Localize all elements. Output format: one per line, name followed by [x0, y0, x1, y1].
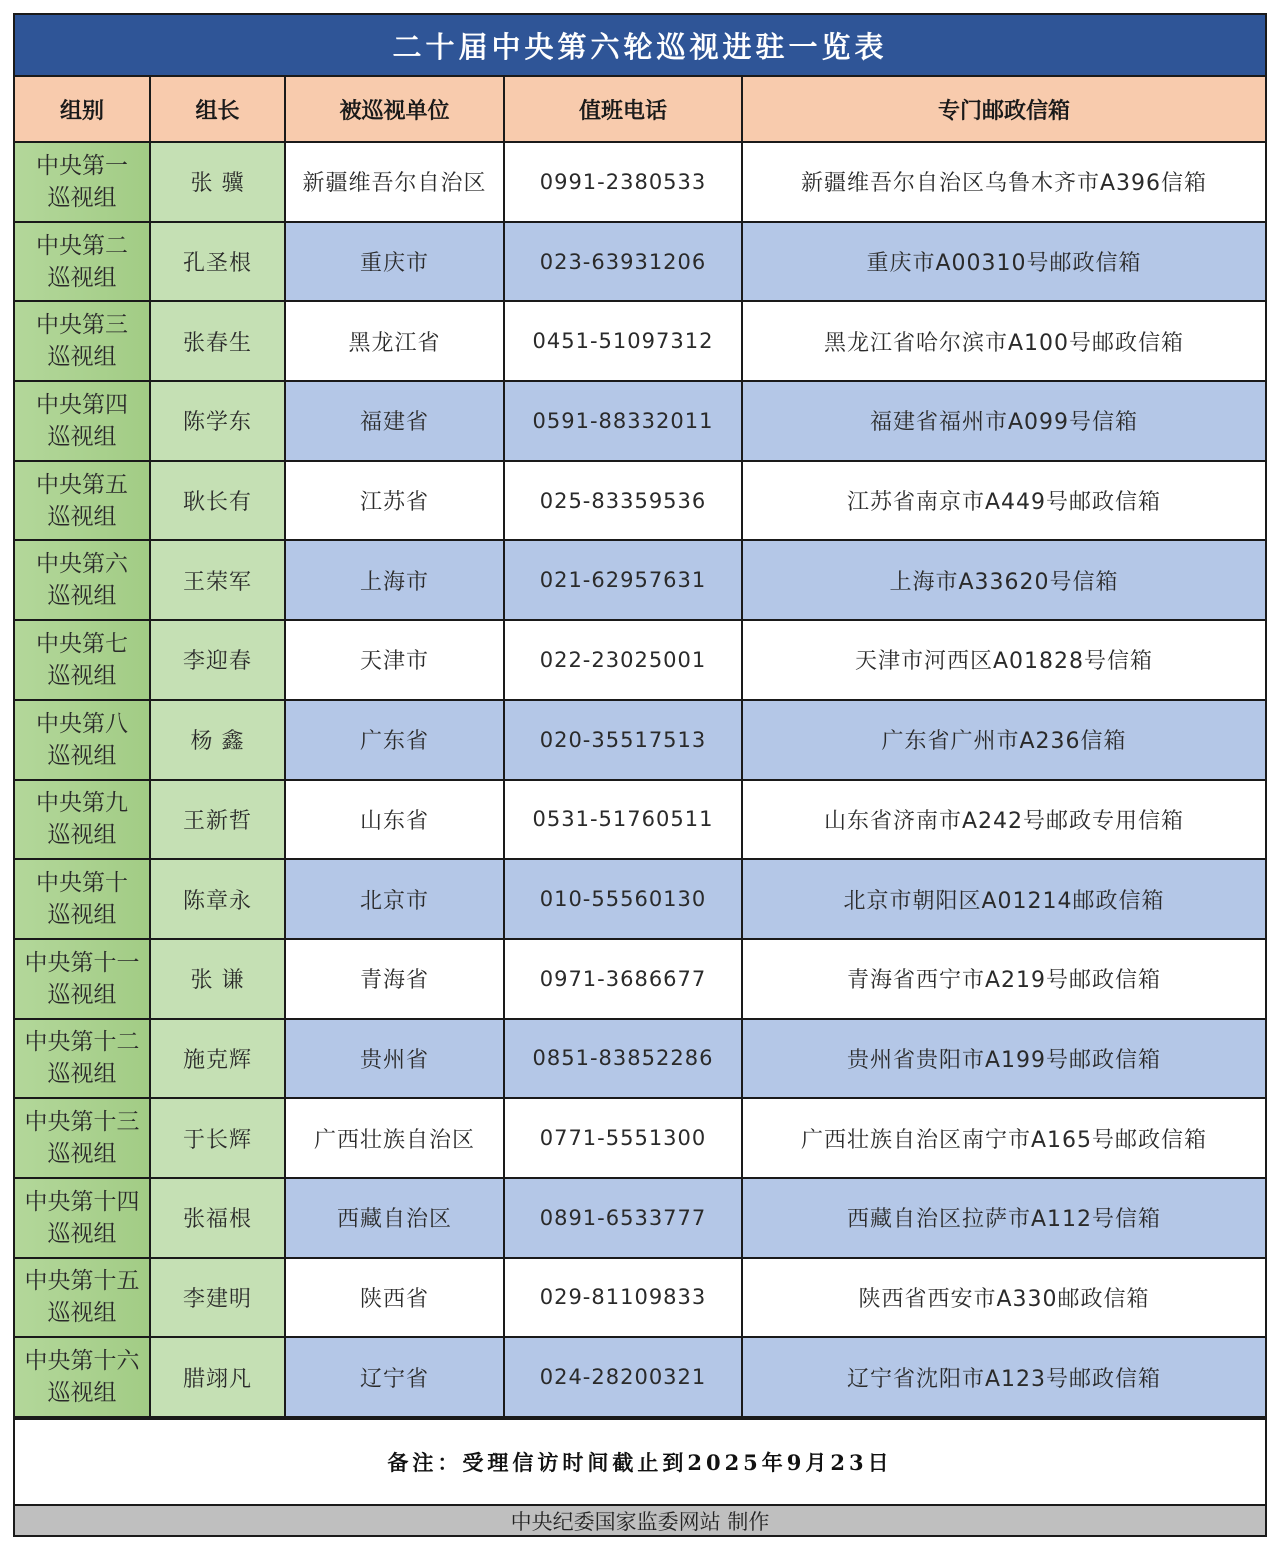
table-row: 中央第十五巡视组李建明陕西省029-81109833陕西省西安市A330邮政信箱 [15, 1258, 1265, 1338]
group-name-line1: 中央第八 [17, 708, 147, 740]
table-row: 中央第十二巡视组施克辉贵州省0851-83852286贵州省贵阳市A199号邮政… [15, 1019, 1265, 1099]
table-row: 中央第八巡视组杨 鑫广东省020-35517513广东省广州市A236信箱 [15, 700, 1265, 780]
group-cell: 中央第十巡视组 [15, 859, 150, 939]
group-cell: 中央第四巡视组 [15, 381, 150, 461]
unit-cell: 北京市 [285, 859, 504, 939]
mailbox-cell: 福建省福州市A099号信箱 [742, 381, 1265, 461]
group-name-line1: 中央第十一 [17, 947, 147, 979]
unit-cell: 青海省 [285, 939, 504, 1019]
inspection-table-sheet: 二十届中央第六轮巡视进驻一览表 组别 组长 被巡视单位 值班电话 专门邮政信箱 … [13, 13, 1267, 1537]
header-leader: 组长 [150, 77, 285, 142]
leader-cell: 李建明 [150, 1258, 285, 1338]
unit-cell: 天津市 [285, 620, 504, 700]
table-row: 中央第七巡视组李迎春天津市022-23025001天津市河西区A01828号信箱 [15, 620, 1265, 700]
unit-cell: 贵州省 [285, 1019, 504, 1099]
group-cell: 中央第八巡视组 [15, 700, 150, 780]
phone-cell: 0891-6533777 [504, 1178, 742, 1258]
leader-cell: 耿长有 [150, 461, 285, 541]
table-row: 中央第十六巡视组腊翊凡辽宁省024-28200321辽宁省沈阳市A123号邮政信… [15, 1337, 1265, 1417]
phone-cell: 0451-51097312 [504, 301, 742, 381]
mailbox-cell: 西藏自治区拉萨市A112号信箱 [742, 1178, 1265, 1258]
table-row: 中央第九巡视组王新哲山东省0531-51760511山东省济南市A242号邮政专… [15, 780, 1265, 860]
leader-cell: 张 骥 [150, 142, 285, 222]
group-name-line1: 中央第十 [17, 867, 147, 899]
phone-cell: 025-83359536 [504, 461, 742, 541]
group-name-line1: 中央第四 [17, 389, 147, 421]
mailbox-cell: 北京市朝阳区A01214邮政信箱 [742, 859, 1265, 939]
phone-cell: 0531-51760511 [504, 780, 742, 860]
group-name-line1: 中央第六 [17, 548, 147, 580]
mailbox-cell: 广东省广州市A236信箱 [742, 700, 1265, 780]
phone-cell: 0771-5551300 [504, 1098, 742, 1178]
group-cell: 中央第十四巡视组 [15, 1178, 150, 1258]
group-name-line2: 巡视组 [17, 182, 147, 214]
table-title: 二十届中央第六轮巡视进驻一览表 [15, 15, 1265, 77]
unit-cell: 福建省 [285, 381, 504, 461]
mailbox-cell: 陕西省西安市A330邮政信箱 [742, 1258, 1265, 1338]
header-mailbox: 专门邮政信箱 [742, 77, 1265, 142]
table-row: 中央第一巡视组张 骥新疆维吾尔自治区0991-2380533新疆维吾尔自治区乌鲁… [15, 142, 1265, 222]
mailbox-cell: 辽宁省沈阳市A123号邮政信箱 [742, 1337, 1265, 1417]
inspection-table: 组别 组长 被巡视单位 值班电话 专门邮政信箱 中央第一巡视组张 骥新疆维吾尔自… [15, 77, 1265, 1418]
table-row: 中央第二巡视组孔圣根重庆市023-63931206重庆市A00310号邮政信箱 [15, 222, 1265, 302]
unit-cell: 上海市 [285, 540, 504, 620]
leader-cell: 王荣军 [150, 540, 285, 620]
unit-cell: 山东省 [285, 780, 504, 860]
leader-cell: 陈章永 [150, 859, 285, 939]
phone-cell: 0851-83852286 [504, 1019, 742, 1099]
header-group: 组别 [15, 77, 150, 142]
group-name-line2: 巡视组 [17, 421, 147, 453]
group-name-line1: 中央第十六 [17, 1345, 147, 1377]
group-cell: 中央第十五巡视组 [15, 1258, 150, 1338]
unit-cell: 江苏省 [285, 461, 504, 541]
group-cell: 中央第十六巡视组 [15, 1337, 150, 1417]
group-name-line1: 中央第五 [17, 469, 147, 501]
phone-cell: 021-62957631 [504, 540, 742, 620]
phone-cell: 020-35517513 [504, 700, 742, 780]
unit-cell: 重庆市 [285, 222, 504, 302]
note: 备注：受理信访时间截止到2025年9月23日 [15, 1418, 1265, 1504]
group-cell: 中央第三巡视组 [15, 301, 150, 381]
group-name-line2: 巡视组 [17, 1058, 147, 1090]
group-name-line1: 中央第十五 [17, 1265, 147, 1297]
group-name-line2: 巡视组 [17, 740, 147, 772]
leader-cell: 施克辉 [150, 1019, 285, 1099]
mailbox-cell: 重庆市A00310号邮政信箱 [742, 222, 1265, 302]
leader-cell: 杨 鑫 [150, 700, 285, 780]
table-row: 中央第十一巡视组张 谦青海省0971-3686677青海省西宁市A219号邮政信… [15, 939, 1265, 1019]
mailbox-cell: 黑龙江省哈尔滨市A100号邮政信箱 [742, 301, 1265, 381]
unit-cell: 陕西省 [285, 1258, 504, 1338]
group-name-line1: 中央第一 [17, 150, 147, 182]
phone-cell: 0971-3686677 [504, 939, 742, 1019]
leader-cell: 张 谦 [150, 939, 285, 1019]
group-name-line1: 中央第七 [17, 628, 147, 660]
group-name-line2: 巡视组 [17, 262, 147, 294]
group-name-line2: 巡视组 [17, 979, 147, 1011]
mailbox-cell: 天津市河西区A01828号信箱 [742, 620, 1265, 700]
group-name-line2: 巡视组 [17, 1138, 147, 1170]
phone-cell: 024-28200321 [504, 1337, 742, 1417]
header-row: 组别 组长 被巡视单位 值班电话 专门邮政信箱 [15, 77, 1265, 142]
group-name-line2: 巡视组 [17, 819, 147, 851]
group-name-line2: 巡视组 [17, 341, 147, 373]
leader-cell: 张春生 [150, 301, 285, 381]
group-name-line1: 中央第十二 [17, 1026, 147, 1058]
unit-cell: 黑龙江省 [285, 301, 504, 381]
table-row: 中央第五巡视组耿长有江苏省025-83359536江苏省南京市A449号邮政信箱 [15, 461, 1265, 541]
group-name-line1: 中央第九 [17, 787, 147, 819]
group-cell: 中央第十二巡视组 [15, 1019, 150, 1099]
leader-cell: 张福根 [150, 1178, 285, 1258]
table-row: 中央第十巡视组陈章永北京市010-55560130北京市朝阳区A01214邮政信… [15, 859, 1265, 939]
mailbox-cell: 江苏省南京市A449号邮政信箱 [742, 461, 1265, 541]
group-name-line2: 巡视组 [17, 580, 147, 612]
table-row: 中央第六巡视组王荣军上海市021-62957631上海市A33620号信箱 [15, 540, 1265, 620]
group-cell: 中央第九巡视组 [15, 780, 150, 860]
group-cell: 中央第六巡视组 [15, 540, 150, 620]
group-name-line1: 中央第十四 [17, 1186, 147, 1218]
group-name-line2: 巡视组 [17, 1377, 147, 1409]
mailbox-cell: 新疆维吾尔自治区乌鲁木齐市A396信箱 [742, 142, 1265, 222]
group-cell: 中央第七巡视组 [15, 620, 150, 700]
leader-cell: 腊翊凡 [150, 1337, 285, 1417]
table-row: 中央第十三巡视组于长辉广西壮族自治区0771-5551300广西壮族自治区南宁市… [15, 1098, 1265, 1178]
leader-cell: 李迎春 [150, 620, 285, 700]
group-name-line2: 巡视组 [17, 501, 147, 533]
header-phone: 值班电话 [504, 77, 742, 142]
table-row: 中央第三巡视组张春生黑龙江省0451-51097312黑龙江省哈尔滨市A100号… [15, 301, 1265, 381]
group-name-line2: 巡视组 [17, 1297, 147, 1329]
phone-cell: 023-63931206 [504, 222, 742, 302]
unit-cell: 新疆维吾尔自治区 [285, 142, 504, 222]
footer-credit: 中央纪委国家监委网站 制作 [15, 1504, 1265, 1535]
phone-cell: 0991-2380533 [504, 142, 742, 222]
group-cell: 中央第二巡视组 [15, 222, 150, 302]
group-cell: 中央第一巡视组 [15, 142, 150, 222]
unit-cell: 广西壮族自治区 [285, 1098, 504, 1178]
leader-cell: 陈学东 [150, 381, 285, 461]
unit-cell: 西藏自治区 [285, 1178, 504, 1258]
leader-cell: 孔圣根 [150, 222, 285, 302]
leader-cell: 于长辉 [150, 1098, 285, 1178]
leader-cell: 王新哲 [150, 780, 285, 860]
mailbox-cell: 山东省济南市A242号邮政专用信箱 [742, 780, 1265, 860]
group-name-line1: 中央第十三 [17, 1106, 147, 1138]
phone-cell: 022-23025001 [504, 620, 742, 700]
mailbox-cell: 广西壮族自治区南宁市A165号邮政信箱 [742, 1098, 1265, 1178]
unit-cell: 广东省 [285, 700, 504, 780]
mailbox-cell: 青海省西宁市A219号邮政信箱 [742, 939, 1265, 1019]
phone-cell: 010-55560130 [504, 859, 742, 939]
table-row: 中央第十四巡视组张福根西藏自治区0891-6533777西藏自治区拉萨市A112… [15, 1178, 1265, 1258]
mailbox-cell: 贵州省贵阳市A199号邮政信箱 [742, 1019, 1265, 1099]
group-name-line2: 巡视组 [17, 899, 147, 931]
group-name-line1: 中央第三 [17, 309, 147, 341]
table-row: 中央第四巡视组陈学东福建省0591-88332011福建省福州市A099号信箱 [15, 381, 1265, 461]
unit-cell: 辽宁省 [285, 1337, 504, 1417]
group-name-line2: 巡视组 [17, 660, 147, 692]
group-name-line1: 中央第二 [17, 230, 147, 262]
header-unit: 被巡视单位 [285, 77, 504, 142]
group-cell: 中央第五巡视组 [15, 461, 150, 541]
group-name-line2: 巡视组 [17, 1218, 147, 1250]
phone-cell: 029-81109833 [504, 1258, 742, 1338]
group-cell: 中央第十三巡视组 [15, 1098, 150, 1178]
group-cell: 中央第十一巡视组 [15, 939, 150, 1019]
mailbox-cell: 上海市A33620号信箱 [742, 540, 1265, 620]
phone-cell: 0591-88332011 [504, 381, 742, 461]
